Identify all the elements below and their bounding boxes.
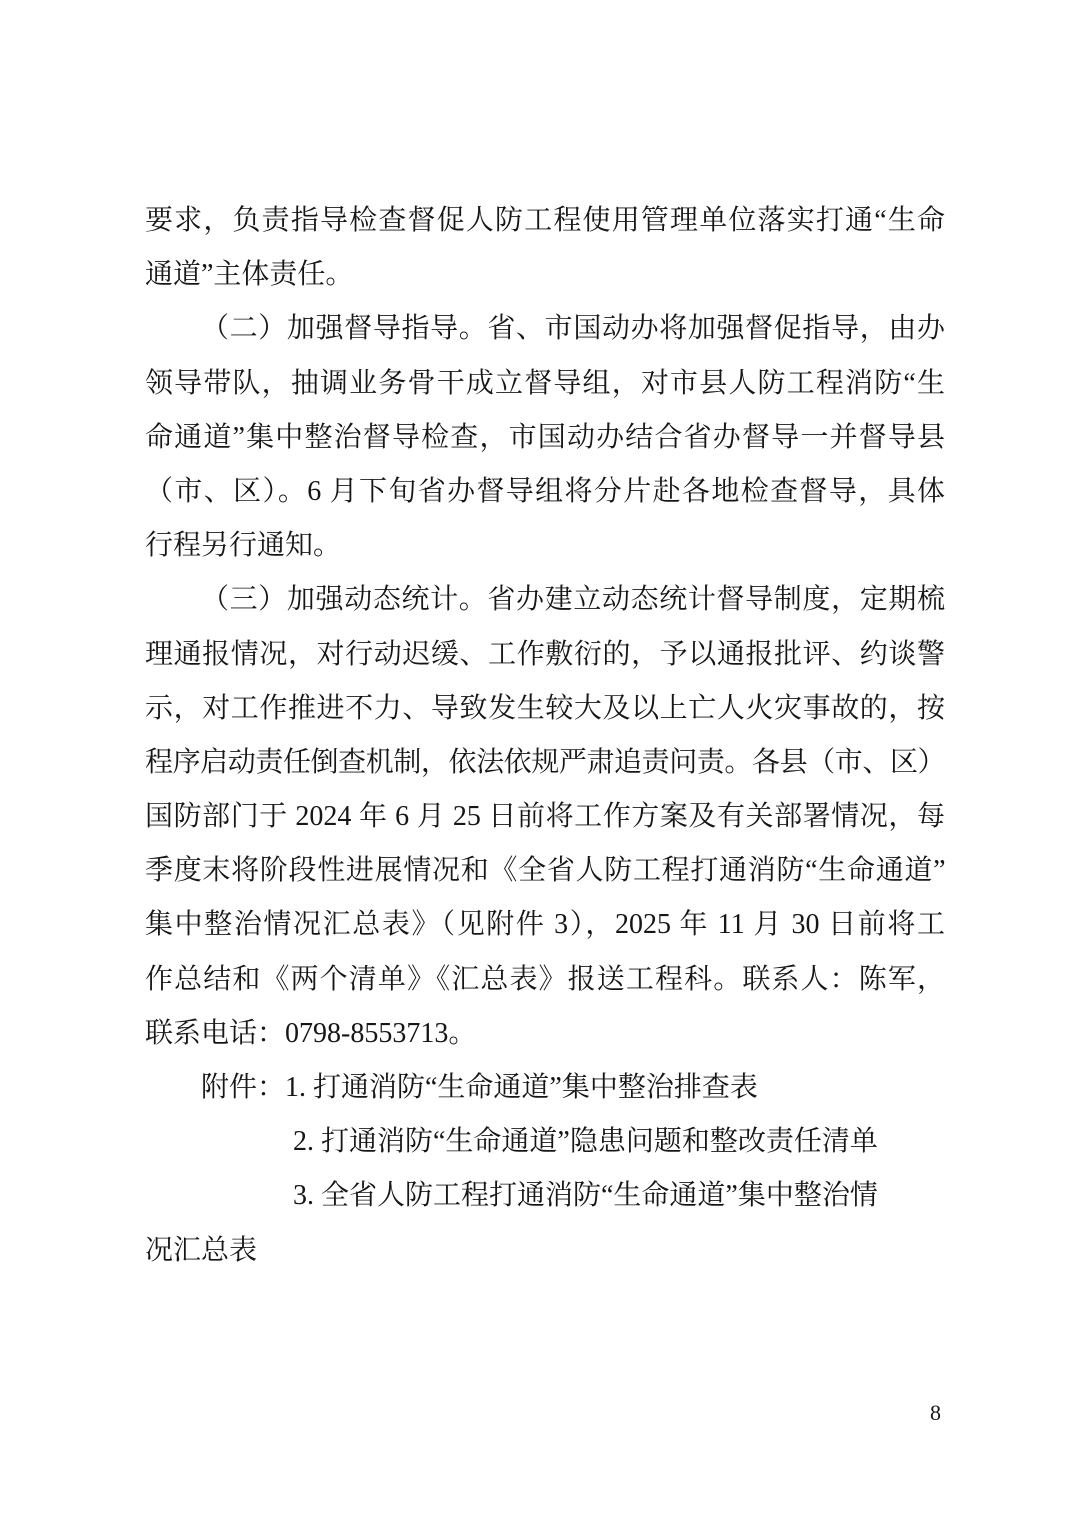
text-line: 2. 打通消防“生命通道”隐患问题和整改责任清单 [145, 1115, 945, 1169]
text-line: 3. 全省人防工程打通消防“生命通道”集中整治情 [145, 1169, 945, 1223]
text-line: 示，对工作推进不力、导致发生较大及以上亡人火灾事故的，按 [145, 682, 945, 736]
text-line: （市、区）。6 月下旬省办督导组将分片赴各地检查督导，具体 [145, 465, 945, 519]
text-line: 国防部门于 2024 年 6 月 25 日前将工作方案及有关部署情况，每 [145, 790, 945, 844]
document-body: 要求，负责指导检查督促人防工程使用管理单位落实打通“生命通道”主体责任。（二）加… [145, 194, 945, 1278]
text-line: 领导带队，抽调业务骨干成立督导组，对市县人防工程消防“生 [145, 357, 945, 411]
document-page: 要求，负责指导检查督促人防工程使用管理单位落实打通“生命通道”主体责任。（二）加… [0, 0, 1074, 1520]
text-line: 理通报情况，对行动迟缓、工作敷衍的，予以通报批评、约谈警 [145, 628, 945, 682]
text-line: 季度末将阶段性进展情况和《全省人防工程打通消防“生命通道” [145, 844, 945, 898]
text-line: 命通道”集中整治督导检查，市国动办结合省办督导一并督导县 [145, 411, 945, 465]
text-line: 要求，负责指导检查督促人防工程使用管理单位落实打通“生命 [145, 194, 945, 248]
text-line: 通道”主体责任。 [145, 248, 945, 302]
page-number: 8 [930, 1397, 941, 1429]
text-line: 集中整治情况汇总表》（见附件 3），2025 年 11 月 30 日前将工 [145, 898, 945, 952]
text-line: （三）加强动态统计。省办建立动态统计督导制度，定期梳 [145, 573, 945, 627]
text-line: 附件：1. 打通消防“生命通道”集中整治排查表 [145, 1061, 945, 1115]
text-line: 程序启动责任倒查机制，依法依规严肃追责问责。各县（市、区） [145, 736, 945, 790]
text-line: （二）加强督导指导。省、市国动办将加强督促指导，由办 [145, 302, 945, 356]
text-line: 联系电话：0798-8553713。 [145, 1007, 945, 1061]
text-line: 行程另行通知。 [145, 519, 945, 573]
text-line: 作总结和《两个清单》《汇总表》报送工程科。联系人：陈军， [145, 953, 945, 1007]
text-line: 况汇总表 [145, 1224, 945, 1278]
